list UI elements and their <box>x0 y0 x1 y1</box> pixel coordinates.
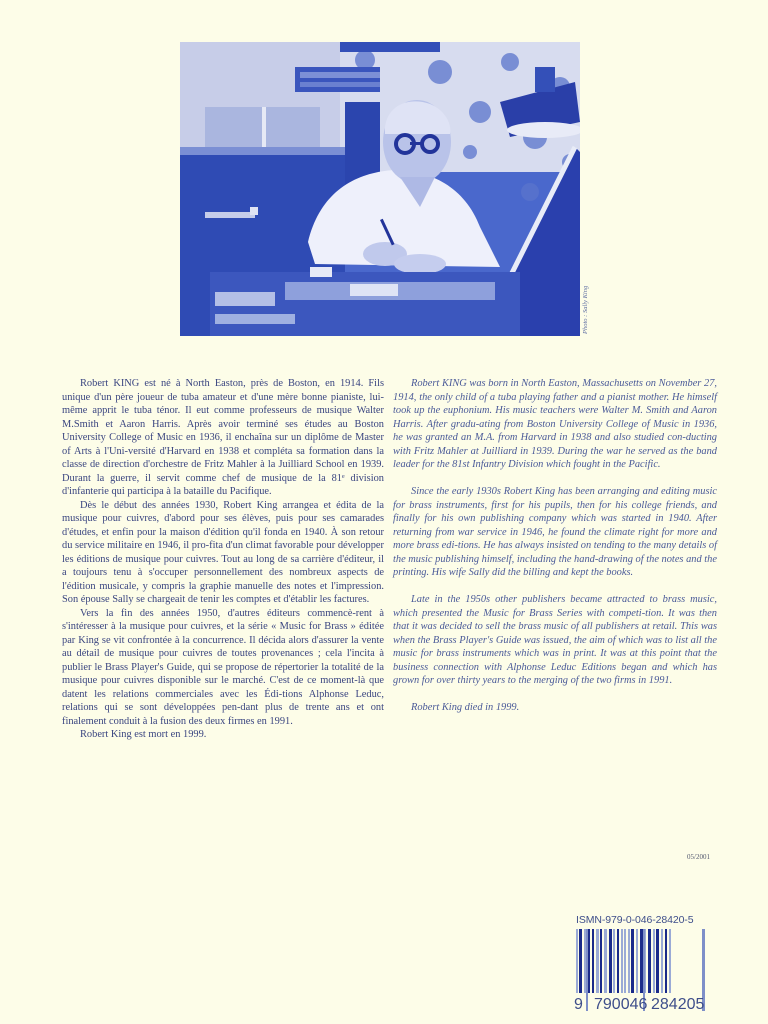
barcode-digits-left: 790046 <box>594 996 647 1011</box>
french-biography: Robert KING est né à North Easton, près … <box>62 377 384 742</box>
barcode-digits-right: 284205 <box>651 996 704 1011</box>
barcode: 9 790046 284205 <box>574 929 706 1011</box>
english-paragraph-3: Late in the 1950s other publishers becam… <box>393 593 717 688</box>
french-paragraph-1: Robert KING est né à North Easton, près … <box>62 377 384 499</box>
photo-credit: Photo : Sally King <box>582 286 589 334</box>
french-paragraph-4: Robert King est mort en 1999. <box>62 728 384 742</box>
french-paragraph-2: Dès le début des années 1930, Robert Kin… <box>62 499 384 607</box>
publication-date: 05/2001 <box>687 853 710 861</box>
portrait-photo <box>180 42 580 336</box>
french-paragraph-3: Vers la fin des années 1950, d'autres éd… <box>62 607 384 729</box>
english-paragraph-2: Since the early 1930s Robert King has be… <box>393 485 717 580</box>
english-paragraph-4: Robert King died in 1999. <box>393 701 717 715</box>
english-biography: Robert KING was born in North Easton, Ma… <box>393 377 717 728</box>
barcode-digit-first: 9 <box>574 996 583 1011</box>
english-paragraph-1: Robert KING was born in North Easton, Ma… <box>393 377 717 472</box>
ismn-label: ISMN-979-0-046-28420-5 <box>576 914 693 926</box>
